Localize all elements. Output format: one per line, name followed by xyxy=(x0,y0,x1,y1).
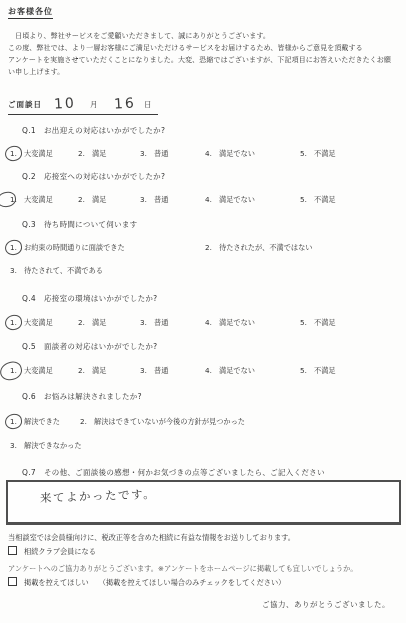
answer-option: 4. 満足でない xyxy=(205,366,255,376)
document-title: お客様各位 xyxy=(8,6,53,19)
answer-option: 2. 満足 xyxy=(78,149,106,159)
answer-option: 3. 普通 xyxy=(140,366,168,376)
question-5: Q.5面談者の対応はいかがでしたか? xyxy=(22,341,157,352)
question-5-number: Q.5 xyxy=(22,342,36,351)
answer-option: 2. 満足 xyxy=(78,366,106,376)
question-2-text: 応接室への対応はいかがでしたか? xyxy=(44,172,165,181)
interview-date-day-value: 16 xyxy=(114,95,137,112)
answer-option: 1. 大変満足 xyxy=(10,149,53,159)
answer-option: 1. 解決できた xyxy=(10,417,60,427)
question-3-options-row2: 3. 待たされて、不満である xyxy=(0,266,406,279)
question-5-options: 1. 大変満足 2. 満足 3. 普通 4. 満足でない 5. 不満足 xyxy=(0,366,406,379)
answer-option: 5. 不満足 xyxy=(300,195,336,205)
question-1: Q.1お出迎えの対応はいかがでしたか? xyxy=(22,125,165,136)
membership-checkbox-label: 相続クラブ会員になる xyxy=(24,547,96,556)
answer-option: 4. 満足でない xyxy=(205,149,255,159)
answer-option: 2. 待たされたが、不満ではない xyxy=(205,243,312,253)
membership-info: 当相談室では会員様向けに、税改正等を含めた相続に有益な情報をお送りしております。 xyxy=(8,533,295,543)
intro-paragraph: 日頃より、弊社サービスをご愛顧いただきまして、誠にありがとうございます。 この度… xyxy=(8,30,402,78)
membership-checkbox[interactable] xyxy=(8,546,17,555)
answer-option: 2. 解決はできていないが今後の方針が見つかった xyxy=(80,417,245,427)
interview-date-label: ご面談日 xyxy=(8,99,42,110)
question-6-number: Q.6 xyxy=(22,392,36,401)
question-3-text: 待ち時間について伺います xyxy=(44,220,137,229)
question-2: Q.2応接室への対応はいかがでしたか? xyxy=(22,171,165,182)
question-6-options: 1. 解決できた 2. 解決はできていないが今後の方針が見つかった xyxy=(0,417,406,430)
question-7: Q.7その他、ご面談後の感想・何かお気づきの点等ございましたら、ご記入ください xyxy=(22,467,325,478)
question-5-text: 面談者の対応はいかがでしたか? xyxy=(44,342,157,351)
answer-option: 3. 普通 xyxy=(140,318,168,328)
question-6-text: お悩みは解決されましたか? xyxy=(44,392,142,401)
question-1-number: Q.1 xyxy=(22,126,36,135)
closing-thanks: ご協力、ありがとうございました。 xyxy=(262,599,390,610)
publication-checkbox-note: （掲載を控えてほしい場合のみチェックをしてください） xyxy=(99,578,286,587)
question-3-options: 1. お約束の時間通りに面談できた 2. 待たされたが、不満ではない xyxy=(0,243,406,256)
question-4-options: 1. 大変満足 2. 満足 3. 普通 4. 満足でない 5. 不満足 xyxy=(0,318,406,331)
publication-note: アンケートへのご協力ありがとうございます。※アンケートをホームページに掲載しても… xyxy=(8,564,357,574)
question-3-number: Q.3 xyxy=(22,220,36,229)
publication-checkbox-row: 掲載を控えてほしい（掲載を控えてほしい場合のみチェックをしてください） xyxy=(8,577,285,588)
question-1-text: お出迎えの対応はいかがでしたか? xyxy=(44,126,165,135)
publication-checkbox-label: 掲載を控えてほしい xyxy=(24,578,89,587)
question-7-number: Q.7 xyxy=(22,468,36,477)
answer-option: 5. 不満足 xyxy=(300,366,336,376)
answer-option: 1. お約束の時間通りに面談できた xyxy=(10,243,125,253)
question-4-number: Q.4 xyxy=(22,294,36,303)
question-6-options-row2: 3. 解決できなかった xyxy=(0,441,406,454)
question-6: Q.6お悩みは解決されましたか? xyxy=(22,391,142,402)
question-4-text: 応接室の環境はいかがでしたか? xyxy=(44,294,157,303)
question-4: Q.4応接室の環境はいかがでしたか? xyxy=(22,293,157,304)
publication-checkbox[interactable] xyxy=(8,577,17,586)
answer-option: 1. 大変満足 xyxy=(10,318,53,328)
answer-option: 5. 不満足 xyxy=(300,318,336,328)
handwritten-comment: 来てよかったです。 xyxy=(40,486,157,506)
question-3: Q.3待ち時間について伺います xyxy=(22,219,137,230)
answer-option: 3. 待たされて、不満である xyxy=(10,266,103,276)
question-1-options: 1. 大変満足 2. 満足 3. 普通 4. 満足でない 5. 不満足 xyxy=(0,149,406,162)
comment-box[interactable]: 来てよかったです。 xyxy=(6,480,401,525)
interview-date-row: ご面談日 10 月 16 日 xyxy=(8,90,158,115)
interview-date-month-value: 10 xyxy=(54,95,77,112)
interview-date-day-unit: 日 xyxy=(144,99,152,110)
interview-date-month-unit: 月 xyxy=(90,99,98,110)
answer-option: 2. 満足 xyxy=(78,195,106,205)
answer-option: 4. 満足でない xyxy=(205,195,255,205)
answer-option: 1. 大変満足 xyxy=(10,195,53,205)
answer-option: 1. 大変満足 xyxy=(10,366,53,376)
answer-option: 2. 満足 xyxy=(78,318,106,328)
answer-option: 5. 不満足 xyxy=(300,149,336,159)
answer-option: 3. 普通 xyxy=(140,195,168,205)
answer-option: 4. 満足でない xyxy=(205,318,255,328)
question-2-options: 1. 大変満足 2. 満足 3. 普通 4. 満足でない 5. 不満足 xyxy=(0,195,406,208)
answer-option: 3. 解決できなかった xyxy=(10,441,82,451)
survey-document: お客様各位 日頃より、弊社サービスをご愛顧いただきまして、誠にありがとうございま… xyxy=(0,0,406,623)
question-2-number: Q.2 xyxy=(22,172,36,181)
question-7-text: その他、ご面談後の感想・何かお気づきの点等ございましたら、ご記入ください xyxy=(44,468,325,477)
answer-option: 3. 普通 xyxy=(140,149,168,159)
membership-checkbox-row: 相続クラブ会員になる xyxy=(8,546,96,557)
